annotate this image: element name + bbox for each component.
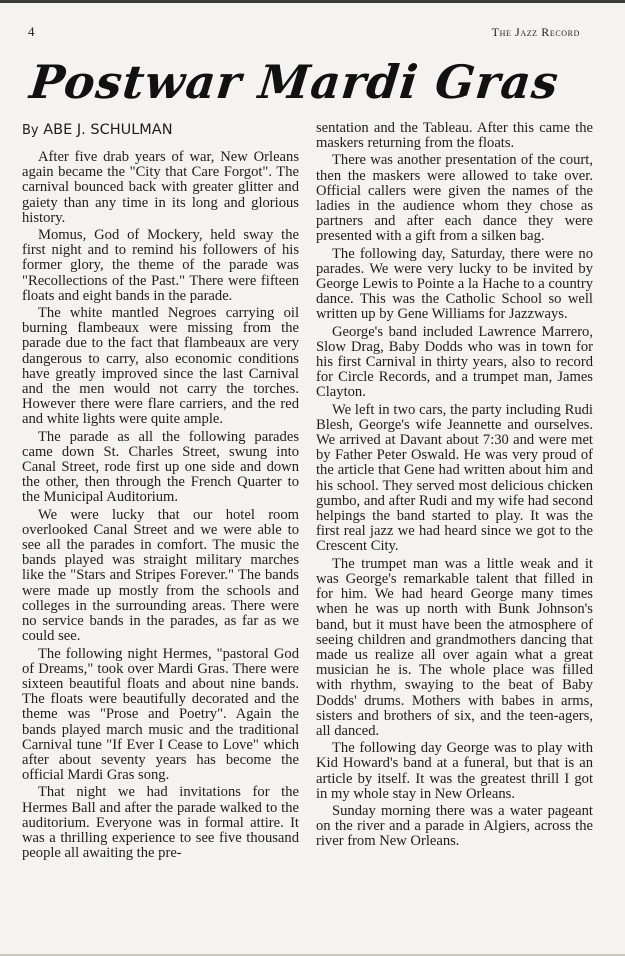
paragraph: We left in two cars, the party including… — [316, 403, 593, 555]
page-number: 4 — [28, 25, 35, 39]
paragraph: The following night Hermes, "pastoral Go… — [22, 647, 299, 784]
paragraph: The following day George was to play wit… — [316, 741, 593, 802]
paragraph: Sunday morning there was a water pageant… — [316, 804, 593, 850]
right-column: sentation and the Tableau. After this ca… — [316, 121, 593, 850]
scan-top-edge — [0, 0, 625, 3]
paragraph: We were lucky that our hotel room overlo… — [22, 508, 299, 645]
paragraph: The following day, Saturday, there were … — [316, 247, 593, 323]
paragraph: That night we had invitations for the He… — [22, 785, 299, 861]
paragraph: Momus, God of Mockery, held sway the fir… — [22, 228, 299, 304]
article-title: Postwar Mardi Gras — [27, 52, 562, 112]
author-name: ABE J. SCHULMAN — [43, 122, 172, 138]
paragraph: The trumpet man was a little weak and it… — [316, 557, 593, 739]
running-head: The Jazz Record — [492, 25, 580, 39]
paragraph: The parade as all the following parades … — [22, 430, 299, 506]
paragraph: After five drab years of war, New Orlean… — [22, 150, 299, 226]
paragraph: George's band included Lawrence Marrero,… — [316, 325, 593, 401]
paragraph: There was another presentation of the co… — [316, 153, 593, 244]
left-column: After five drab years of war, New Orlean… — [22, 150, 299, 861]
byline-prefix: By — [22, 123, 39, 138]
paragraph-continuation: sentation and the Tableau. After this ca… — [316, 121, 593, 151]
byline: By ABE J. SCHULMAN — [22, 121, 173, 140]
paragraph: The white mantled Negroes carrying oil b… — [22, 306, 299, 428]
